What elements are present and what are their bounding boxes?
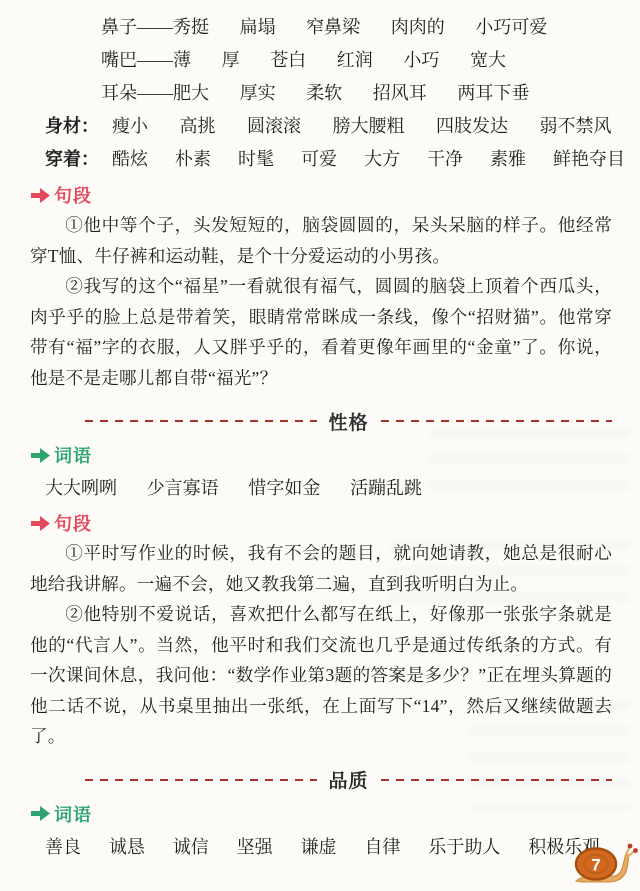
word: 坚强 (237, 831, 273, 863)
word: 大大咧咧 (45, 472, 117, 504)
word: 扁塌 (240, 11, 276, 44)
section-heading: 词语 (54, 801, 92, 827)
word: 瘦小 (112, 110, 148, 143)
word: 小巧 (403, 44, 439, 77)
row-label: 穿着： (45, 143, 99, 176)
word: 薄 (173, 44, 191, 77)
word-group: 酷炫 朴素 时髦 可爱 大方 干净 素雅 鲜艳夺目 (112, 143, 625, 176)
juduan-section-header: 句段 (30, 183, 612, 207)
word: 大方 (364, 143, 400, 176)
row-label: 身材： (45, 110, 99, 143)
section-heading: 词语 (54, 442, 92, 468)
example-paragraph: ②他特别不爱说话，喜欢把什么都写在纸上，好像那一张张字条就是他的“代言人”。当然… (30, 599, 612, 752)
row-label: 鼻子—— (101, 11, 173, 44)
word: 时髦 (238, 143, 274, 176)
word: 高挑 (180, 110, 216, 143)
dashed-line (85, 779, 317, 781)
page-number-badge: 7 (570, 840, 638, 886)
ciyu-section-header: 词语 (30, 443, 612, 467)
word: 素雅 (490, 143, 526, 176)
word: 惜字如金 (248, 472, 320, 504)
green-arrow-icon (30, 447, 51, 464)
section-heading: 句段 (54, 182, 92, 208)
divider-label: 性格 (329, 408, 369, 435)
word: 膀大腰粗 (333, 110, 405, 143)
row-label: 耳朵—— (101, 77, 173, 110)
quality-words: 善良 诚恳 诚信 坚强 谦虚 自律 乐于助人 积极乐观 (30, 831, 612, 863)
word: 诚恳 (109, 831, 145, 863)
word: 谦虚 (301, 831, 337, 863)
appearance-paragraphs: ①他中等个子，头发短短的，脑袋圆圆的，呆头呆脑的样子。他经常穿T恤、牛仔裤和运动… (30, 210, 612, 393)
word-group: 肥大 厚实 柔软 招风耳 两耳下垂 (173, 77, 529, 110)
red-arrow-icon (30, 515, 51, 532)
word: 干净 (427, 143, 463, 176)
red-arrow-icon (30, 187, 51, 204)
word: 招风耳 (373, 77, 427, 110)
personality-paragraphs: ①平时写作业的时候，我有不会的题目，就向她请教，她总是很耐心地给我讲解。一遍不会… (30, 538, 612, 752)
word: 红润 (337, 44, 373, 77)
word-row-build: 身材： 瘦小 高挑 圆滚滚 膀大腰粗 四肢发达 弱不禁风 (30, 110, 612, 143)
word: 苍白 (270, 44, 306, 77)
word: 活蹦乱跳 (350, 472, 422, 504)
green-arrow-icon (30, 805, 51, 822)
appearance-word-list: 鼻子—— 秀挺 扁塌 窄鼻梁 肉肉的 小巧可爱 嘴巴—— 薄 厚 苍白 红润 小… (30, 11, 612, 176)
word-group: 薄 厚 苍白 红润 小巧 宽大 (173, 44, 506, 77)
row-label: 嘴巴—— (101, 44, 173, 77)
dashed-line (381, 420, 613, 422)
dashed-line (381, 779, 613, 781)
word: 厚实 (240, 77, 276, 110)
word: 朴素 (175, 143, 211, 176)
divider-label: 品质 (329, 766, 369, 793)
word: 宽大 (470, 44, 506, 77)
word-group: 秀挺 扁塌 窄鼻梁 肉肉的 小巧可爱 (173, 11, 547, 44)
word-group: 瘦小 高挑 圆滚滚 膀大腰粗 四肢发达 弱不禁风 (112, 110, 612, 143)
word: 鲜艳夺目 (553, 143, 625, 176)
word: 乐于助人 (428, 831, 500, 863)
word: 四肢发达 (436, 110, 508, 143)
quality-divider: 品质 (85, 767, 612, 793)
word-row-clothing: 穿着： 酷炫 朴素 时髦 可爱 大方 干净 素雅 鲜艳夺目 (30, 143, 612, 176)
word: 弱不禁风 (540, 110, 612, 143)
example-paragraph: ②我写的这个“福星”一看就很有福气，圆圆的脑袋上顶着个西瓜头，肉乎乎的脸上总是带… (30, 271, 612, 393)
word: 善良 (45, 831, 81, 863)
scanned-book-page: { "page": { "number": "7" }, "colors": {… (0, 0, 640, 891)
word: 肥大 (173, 77, 209, 110)
word: 窄鼻梁 (306, 11, 360, 44)
word-row-mouth: 嘴巴—— 薄 厚 苍白 红润 小巧 宽大 (30, 44, 612, 77)
word: 厚 (222, 44, 240, 77)
ciyu-section-header: 词语 (30, 802, 612, 826)
word: 可爱 (301, 143, 337, 176)
word: 自律 (364, 831, 400, 863)
word: 秀挺 (173, 11, 209, 44)
snail-icon: 7 (570, 840, 638, 886)
word: 圆滚滚 (247, 110, 301, 143)
section-heading: 句段 (54, 510, 92, 536)
word: 小巧可爱 (475, 11, 547, 44)
personality-divider: 性格 (85, 408, 612, 434)
word: 诚信 (173, 831, 209, 863)
juduan-section-header: 句段 (30, 511, 612, 535)
dashed-line (85, 420, 317, 422)
word: 肉肉的 (391, 11, 445, 44)
word: 酷炫 (112, 143, 148, 176)
page-number: 7 (591, 856, 600, 875)
word: 柔软 (306, 77, 342, 110)
personality-words: 大大咧咧 少言寡语 惜字如金 活蹦乱跳 (30, 472, 612, 504)
page-content: 鼻子—— 秀挺 扁塌 窄鼻梁 肉肉的 小巧可爱 嘴巴—— 薄 厚 苍白 红润 小… (0, 0, 640, 891)
word-row-ears: 耳朵—— 肥大 厚实 柔软 招风耳 两耳下垂 (30, 77, 612, 110)
word-row-nose: 鼻子—— 秀挺 扁塌 窄鼻梁 肉肉的 小巧可爱 (30, 11, 612, 44)
word: 少言寡语 (147, 472, 219, 504)
example-paragraph: ①平时写作业的时候，我有不会的题目，就向她请教，她总是很耐心地给我讲解。一遍不会… (30, 538, 612, 599)
example-paragraph: ①他中等个子，头发短短的，脑袋圆圆的，呆头呆脑的样子。他经常穿T恤、牛仔裤和运动… (30, 210, 612, 271)
word: 两耳下垂 (457, 77, 529, 110)
